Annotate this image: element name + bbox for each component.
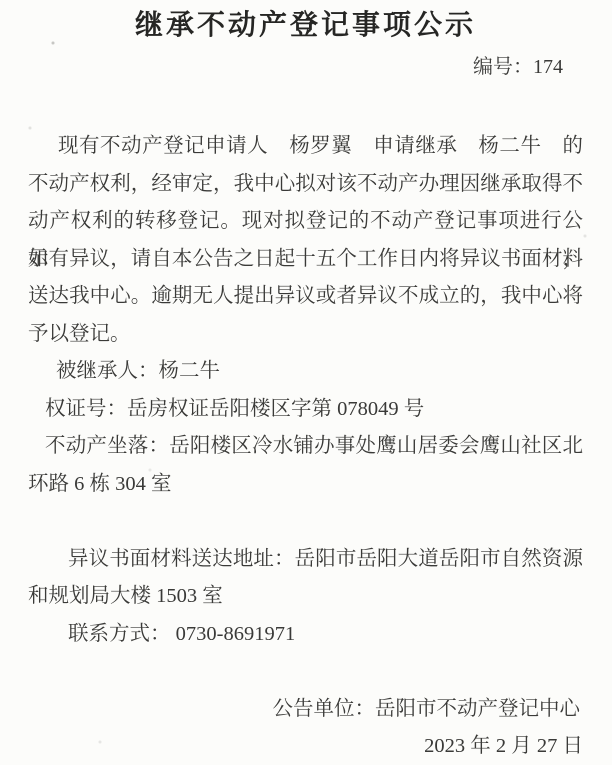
paragraph-line-2: 不动产权利，经审定，我中心拟对该不动产办理因继承取得不 bbox=[28, 166, 583, 204]
paragraph-line-4: 如有异议，请自本公告之日起十五个工作日内将异议书面材料 bbox=[28, 241, 583, 279]
paragraph-line-5: 送达我中心。逾期无人提出异议或者异议不成立的，我中心将 bbox=[28, 278, 583, 316]
property-location-line-1: 不动产坐落：岳阳楼区冷水铺办事处鹰山居委会鹰山社区北 bbox=[28, 428, 583, 466]
document-body: 现有不动产登记申请人 杨罗翼 申请继承 杨二牛 的 不动产权利，经审定，我中心拟… bbox=[28, 128, 583, 765]
paragraph-line-3: 动产权利的转移登记。现对拟登记的不动产登记事项进行公示， bbox=[28, 203, 583, 241]
issuer-line: 公告单位：岳阳市不动产登记中心 bbox=[28, 691, 583, 729]
objection-address-line-2: 和规划局大楼 1503 室 bbox=[28, 578, 583, 616]
paragraph-line-1: 现有不动产登记申请人 杨罗翼 申请继承 杨二牛 的 bbox=[28, 128, 583, 166]
blank-line bbox=[28, 653, 583, 691]
paragraph-line-6: 予以登记。 bbox=[28, 316, 583, 354]
objection-address-line-1: 异议书面材料送达地址：岳阳市岳阳大道岳阳市自然资源 bbox=[28, 541, 583, 579]
document-title: 继承不动产登记事项公示 bbox=[28, 6, 583, 44]
notice-document: 继承不动产登记事项公示 编号：174 现有不动产登记申请人 杨罗翼 申请继承 杨… bbox=[0, 0, 612, 765]
document-number: 编号：174 bbox=[28, 52, 583, 82]
blank-line bbox=[28, 503, 583, 541]
decedent-line: 被继承人：杨二牛 bbox=[28, 353, 583, 391]
certificate-number-line: 权证号：岳房权证岳阳楼区字第 078049 号 bbox=[28, 391, 583, 429]
contact-line: 联系方式： 0730-8691971 bbox=[28, 616, 583, 654]
property-location-line-2: 环路 6 栋 304 室 bbox=[28, 466, 583, 504]
date-line: 2023 年 2 月 27 日 bbox=[28, 728, 583, 765]
